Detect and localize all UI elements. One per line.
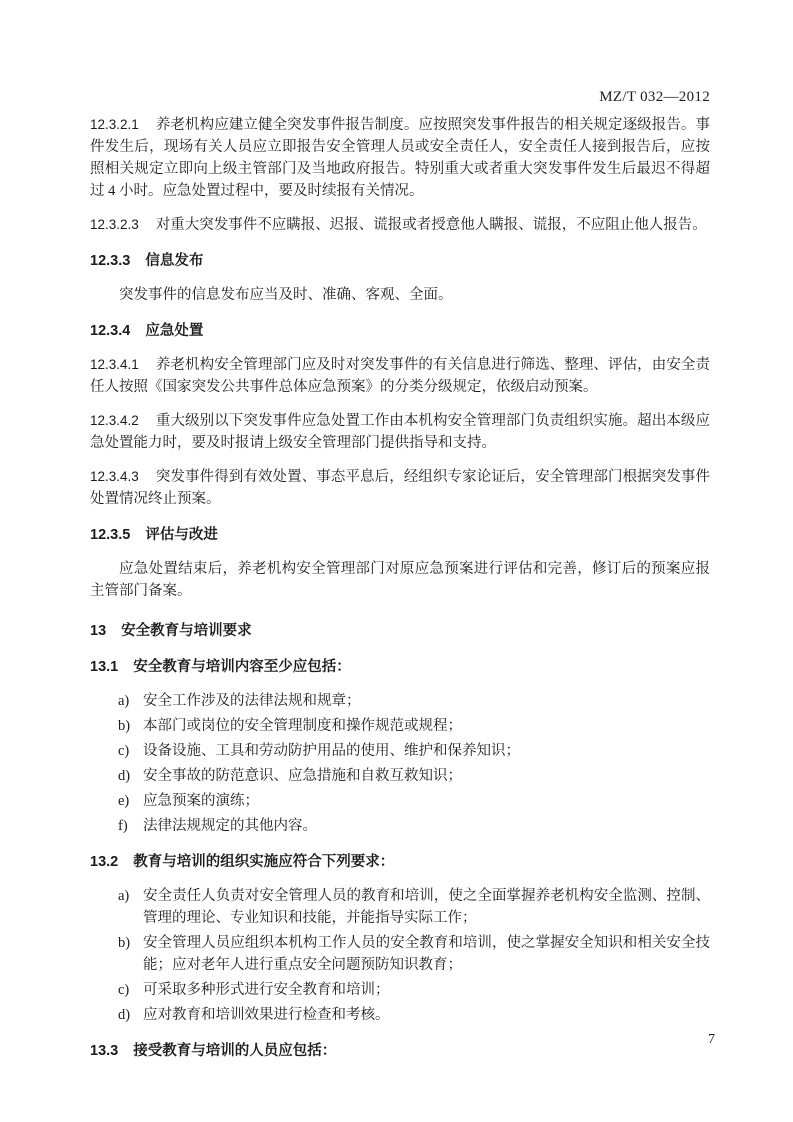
page-number: 7 — [708, 1032, 715, 1047]
list-item-marker: a) — [118, 690, 143, 712]
list-item: e)应急预案的演练； — [118, 790, 710, 812]
document-body: 12.3.2.1养老机构应建立健全突发事件报告制度。应按照突发事件报告的相关规定… — [90, 114, 710, 1062]
list-item-marker: d) — [118, 765, 143, 787]
clause: 12.3.2.3对重大突发事件不应瞒报、迟报、谎报或者授意他人瞒报、谎报，不应阻… — [90, 214, 710, 236]
heading-title: 信息发布 — [145, 253, 203, 269]
list-item-marker: b) — [118, 715, 143, 737]
heading-title: 教育与培训的组织实施应符合下列要求： — [133, 854, 394, 870]
clause: 12.3.2.1养老机构应建立健全突发事件报告制度。应按照突发事件报告的相关规定… — [90, 114, 710, 202]
list-item: a)安全工作涉及的法律法规和规章； — [118, 690, 710, 712]
list-item-marker: c) — [118, 740, 143, 762]
clause-text: 养老机构应建立健全突发事件报告制度。应按照突发事件报告的相关规定逐级报告。事件发… — [90, 117, 710, 199]
list-item-text: 本部门或岗位的安全管理制度和操作规范或规程； — [143, 715, 710, 737]
list-item: b)安全管理人员应组织本机构工作人员的安全教育和培训，使之掌握安全知识和相关安全… — [118, 932, 710, 976]
clause-number: 12.3.2.3 — [90, 217, 156, 232]
heading-title: 接受教育与培训的人员应包括： — [133, 1043, 336, 1059]
page-footer: 7 — [708, 1032, 715, 1048]
heading-title: 评估与改进 — [145, 527, 218, 543]
item-list: a)安全工作涉及的法律法规和规章；b)本部门或岗位的安全管理制度和操作规范或规程… — [90, 690, 710, 837]
document-page: MZ/T 032—2012 12.3.2.1养老机构应建立健全突发事件报告制度。… — [0, 0, 793, 1122]
heading-number: 13.1 — [90, 659, 133, 675]
list-item-marker: c) — [118, 979, 143, 1001]
clause: 12.3.4.2重大级别以下突发事件应急处置工作由本机构安全管理部门负责组织实施… — [90, 410, 710, 454]
heading-number: 12.3.3 — [90, 253, 145, 269]
section-heading: 12.3.3信息发布 — [90, 250, 710, 272]
list-item: f)法律法规规定的其他内容。 — [118, 815, 710, 837]
body-paragraph: 应急处置结束后，养老机构安全管理部门对原应急预案进行评估和完善，修订后的预案应报… — [90, 558, 710, 602]
clause-number: 12.3.2.1 — [90, 117, 156, 132]
heading-title: 安全教育与培训内容至少应包括： — [133, 659, 351, 675]
list-item-marker: e) — [118, 790, 143, 812]
clause-text: 养老机构安全管理部门应及时对突发事件的有关信息进行筛选、整理、评估，由安全责任人… — [90, 357, 710, 395]
list-item: b)本部门或岗位的安全管理制度和操作规范或规程； — [118, 715, 710, 737]
list-item-text: 应对教育和培训效果进行检查和考核。 — [143, 1004, 710, 1026]
clause: 12.3.4.3突发事件得到有效处置、事态平息后，经组织专家论证后，安全管理部门… — [90, 466, 710, 510]
heading-number: 13.2 — [90, 854, 133, 870]
clause-text: 突发事件得到有效处置、事态平息后，经组织专家论证后，安全管理部门根据突发事件处置… — [90, 469, 710, 507]
section-heading: 12.3.4应急处置 — [90, 320, 710, 342]
heading-number: 13.3 — [90, 1043, 133, 1059]
standard-code: MZ/T 032—2012 — [599, 89, 710, 105]
list-item-text: 安全工作涉及的法律法规和规章； — [143, 690, 710, 712]
list-item: c)可采取多种形式进行安全教育和培训； — [118, 979, 710, 1001]
list-item: c)设备设施、工具和劳动防护用品的使用、维护和保养知识； — [118, 740, 710, 762]
heading-title: 安全教育与培训要求 — [121, 623, 252, 639]
page-header: MZ/T 032—2012 — [90, 88, 710, 106]
item-list: a)安全责任人负责对安全管理人员的教育和培训，使之全面掌握养老机构安全监测、控制… — [90, 885, 710, 1026]
list-item-text: 安全事故的防范意识、应急措施和自救互救知识； — [143, 765, 710, 787]
body-paragraph: 突发事件的信息发布应当及时、准确、客观、全面。 — [90, 284, 710, 306]
clause-number: 12.3.4.2 — [90, 413, 156, 428]
clause-text: 对重大突发事件不应瞒报、迟报、谎报或者授意他人瞒报、谎报，不应阻止他人报告。 — [156, 217, 707, 233]
list-item-text: 应急预案的演练； — [143, 790, 710, 812]
list-item-text: 设备设施、工具和劳动防护用品的使用、维护和保养知识； — [143, 740, 710, 762]
list-item-marker: b) — [118, 932, 143, 976]
heading-number: 13 — [90, 623, 121, 639]
list-item-text: 安全管理人员应组织本机构工作人员的安全教育和培训，使之掌握安全知识和相关安全技能… — [143, 932, 710, 976]
list-item-marker: d) — [118, 1004, 143, 1026]
clause-text: 重大级别以下突发事件应急处置工作由本机构安全管理部门负责组织实施。超出本级应急处… — [90, 413, 710, 451]
section-heading: 13.2教育与培训的组织实施应符合下列要求： — [90, 851, 710, 873]
clause: 12.3.4.1养老机构安全管理部门应及时对突发事件的有关信息进行筛选、整理、评… — [90, 354, 710, 398]
section-heading: 13.1安全教育与培训内容至少应包括： — [90, 656, 710, 678]
clause-number: 12.3.4.3 — [90, 469, 156, 484]
heading-title: 应急处置 — [145, 323, 203, 339]
clause-number: 12.3.4.1 — [90, 357, 156, 372]
section-heading: 13.3接受教育与培训的人员应包括： — [90, 1040, 710, 1062]
list-item-marker: f) — [118, 815, 143, 837]
list-item-text: 可采取多种形式进行安全教育和培训； — [143, 979, 710, 1001]
heading-number: 12.3.4 — [90, 323, 145, 339]
list-item: d)应对教育和培训效果进行检查和考核。 — [118, 1004, 710, 1026]
heading-number: 12.3.5 — [90, 527, 145, 543]
list-item-text: 安全责任人负责对安全管理人员的教育和培训，使之全面掌握养老机构安全监测、控制、管… — [143, 885, 710, 929]
section-heading: 12.3.5评估与改进 — [90, 524, 710, 546]
list-item-text: 法律法规规定的其他内容。 — [143, 815, 710, 837]
list-item: d)安全事故的防范意识、应急措施和自救互救知识； — [118, 765, 710, 787]
section-heading: 13安全教育与培训要求 — [90, 620, 710, 642]
list-item-marker: a) — [118, 885, 143, 929]
list-item: a)安全责任人负责对安全管理人员的教育和培训，使之全面掌握养老机构安全监测、控制… — [118, 885, 710, 929]
